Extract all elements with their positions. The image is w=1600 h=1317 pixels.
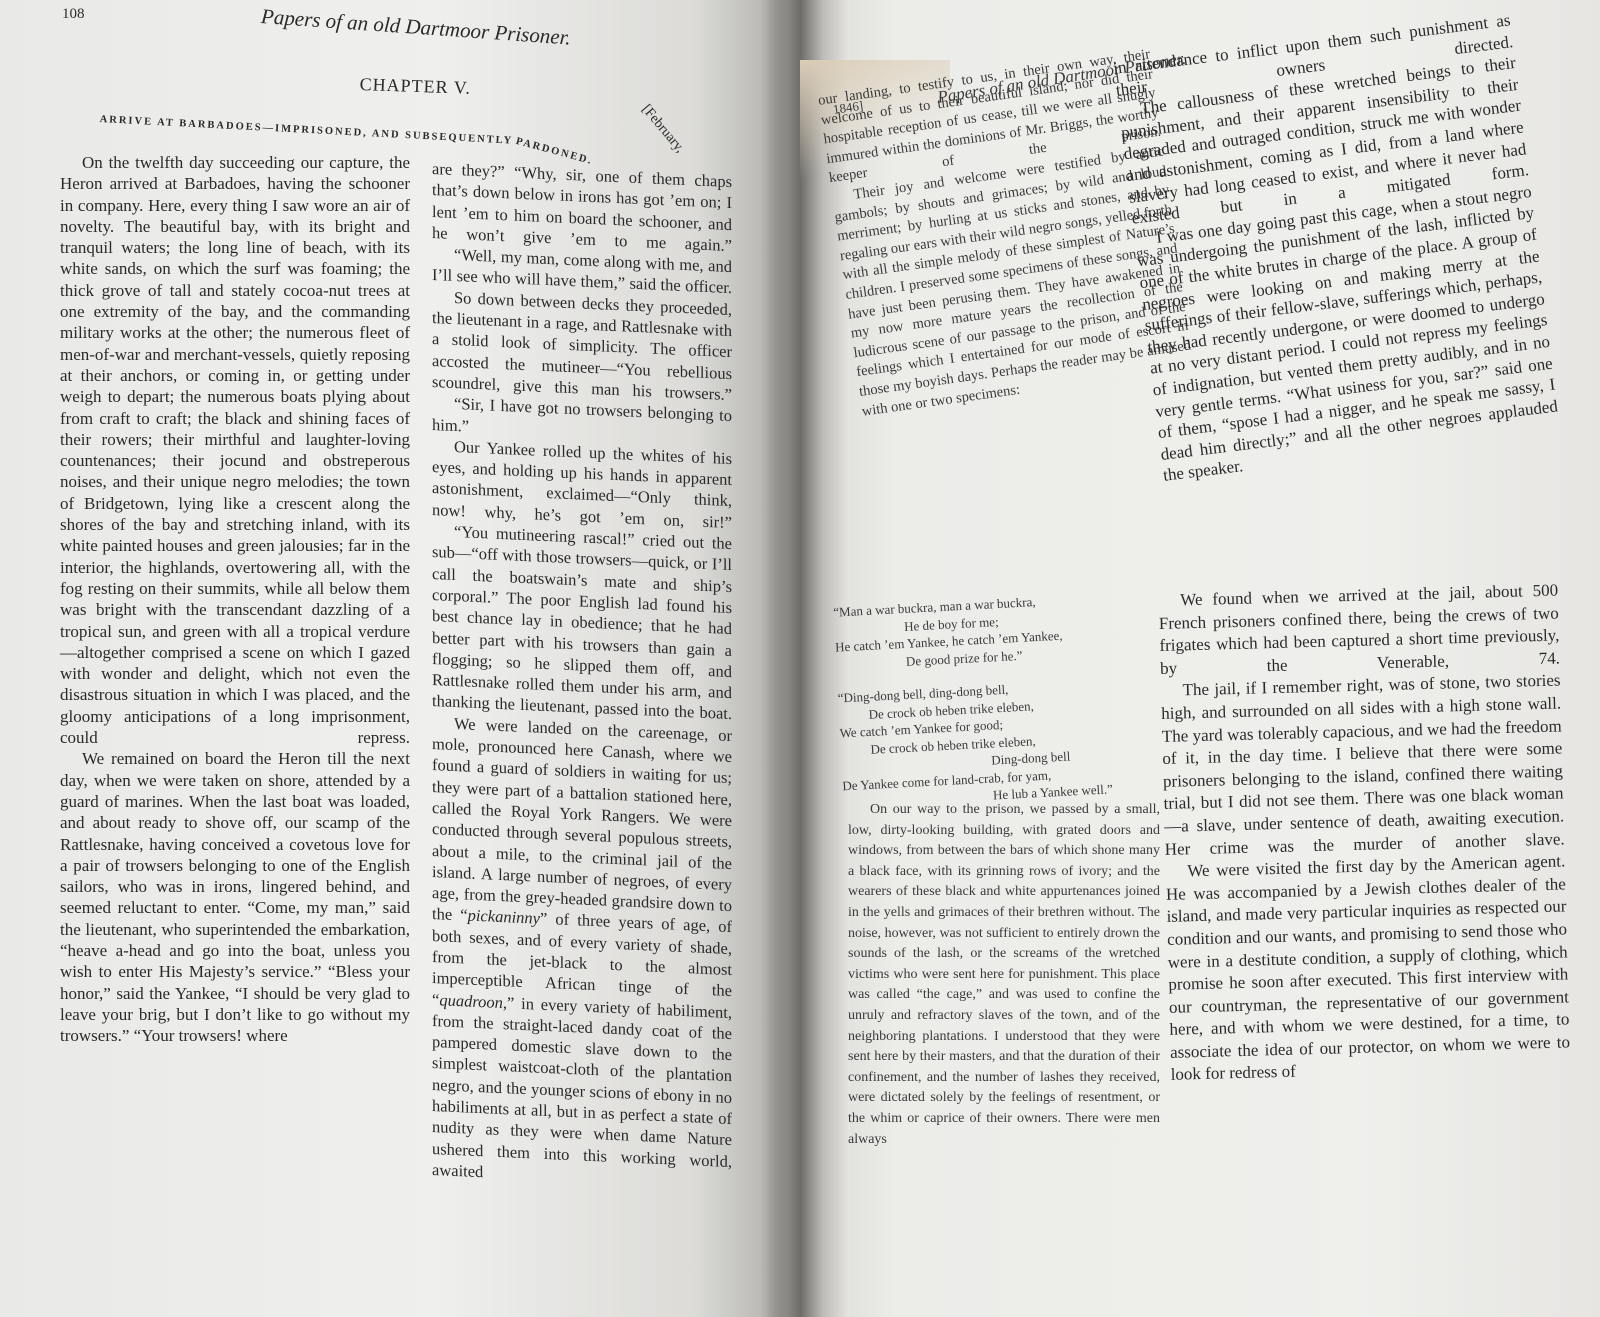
paragraph: Our Yankee rolled up the whites of his e… (432, 435, 732, 533)
paragraph: I was one day going past this cage, when… (1133, 181, 1562, 487)
text-run: ,” in every variety of habiliment, from … (432, 993, 732, 1182)
open-book-spread: 108 Papers of an old Dartmoor Prisoner. … (0, 0, 1600, 1317)
paragraph: So down between decks they proceeded, th… (432, 286, 732, 406)
text-run: We were landed on the careenage, or mole… (432, 714, 732, 925)
paragraph: We were visited the first day by the Ame… (1165, 851, 1571, 1087)
paragraph: We were landed on the careenage, or mole… (432, 712, 732, 1194)
paragraph: We found when we arrived at the jail, ab… (1158, 580, 1560, 681)
chapter-title: CHAPTER V. (359, 74, 471, 99)
song-verses: “Man a war buckra, man a war buckra, He … (826, 571, 1158, 822)
italic-term: pickaninny (468, 906, 540, 928)
paragraph: We remained on board the Heron till the … (60, 748, 410, 1046)
verse-2: “Ding-dong bell, ding-dong bell, De croc… (837, 673, 1157, 812)
paragraph: On our way to the prison, we passed by a… (848, 800, 1160, 1150)
right-page-column-1-continued: On our way to the prison, we passed by a… (848, 800, 1160, 1150)
verse-1: “Man a war buckra, man a war buckra, He … (833, 587, 1150, 673)
paragraph: “You mutineering rascal!” cried out the … (432, 520, 732, 725)
right-page-column-2: in attendance to inflict upon them such … (1112, 9, 1562, 486)
italic-term: quadroon (439, 990, 503, 1012)
left-page-column-1: On the twelfth day succeeding our captur… (60, 152, 410, 1046)
page-number: 108 (62, 6, 85, 23)
paragraph: are they?” “Why, sir, one of them chaps … (432, 158, 732, 256)
paragraph: The jail, if I remember right, was of st… (1160, 670, 1565, 861)
left-page-column-2: are they?” “Why, sir, one of them chaps … (432, 158, 732, 1193)
paragraph: On the twelfth day succeeding our captur… (60, 152, 410, 748)
right-page-column-2-continued: We found when we arrived at the jail, ab… (1158, 580, 1571, 1087)
